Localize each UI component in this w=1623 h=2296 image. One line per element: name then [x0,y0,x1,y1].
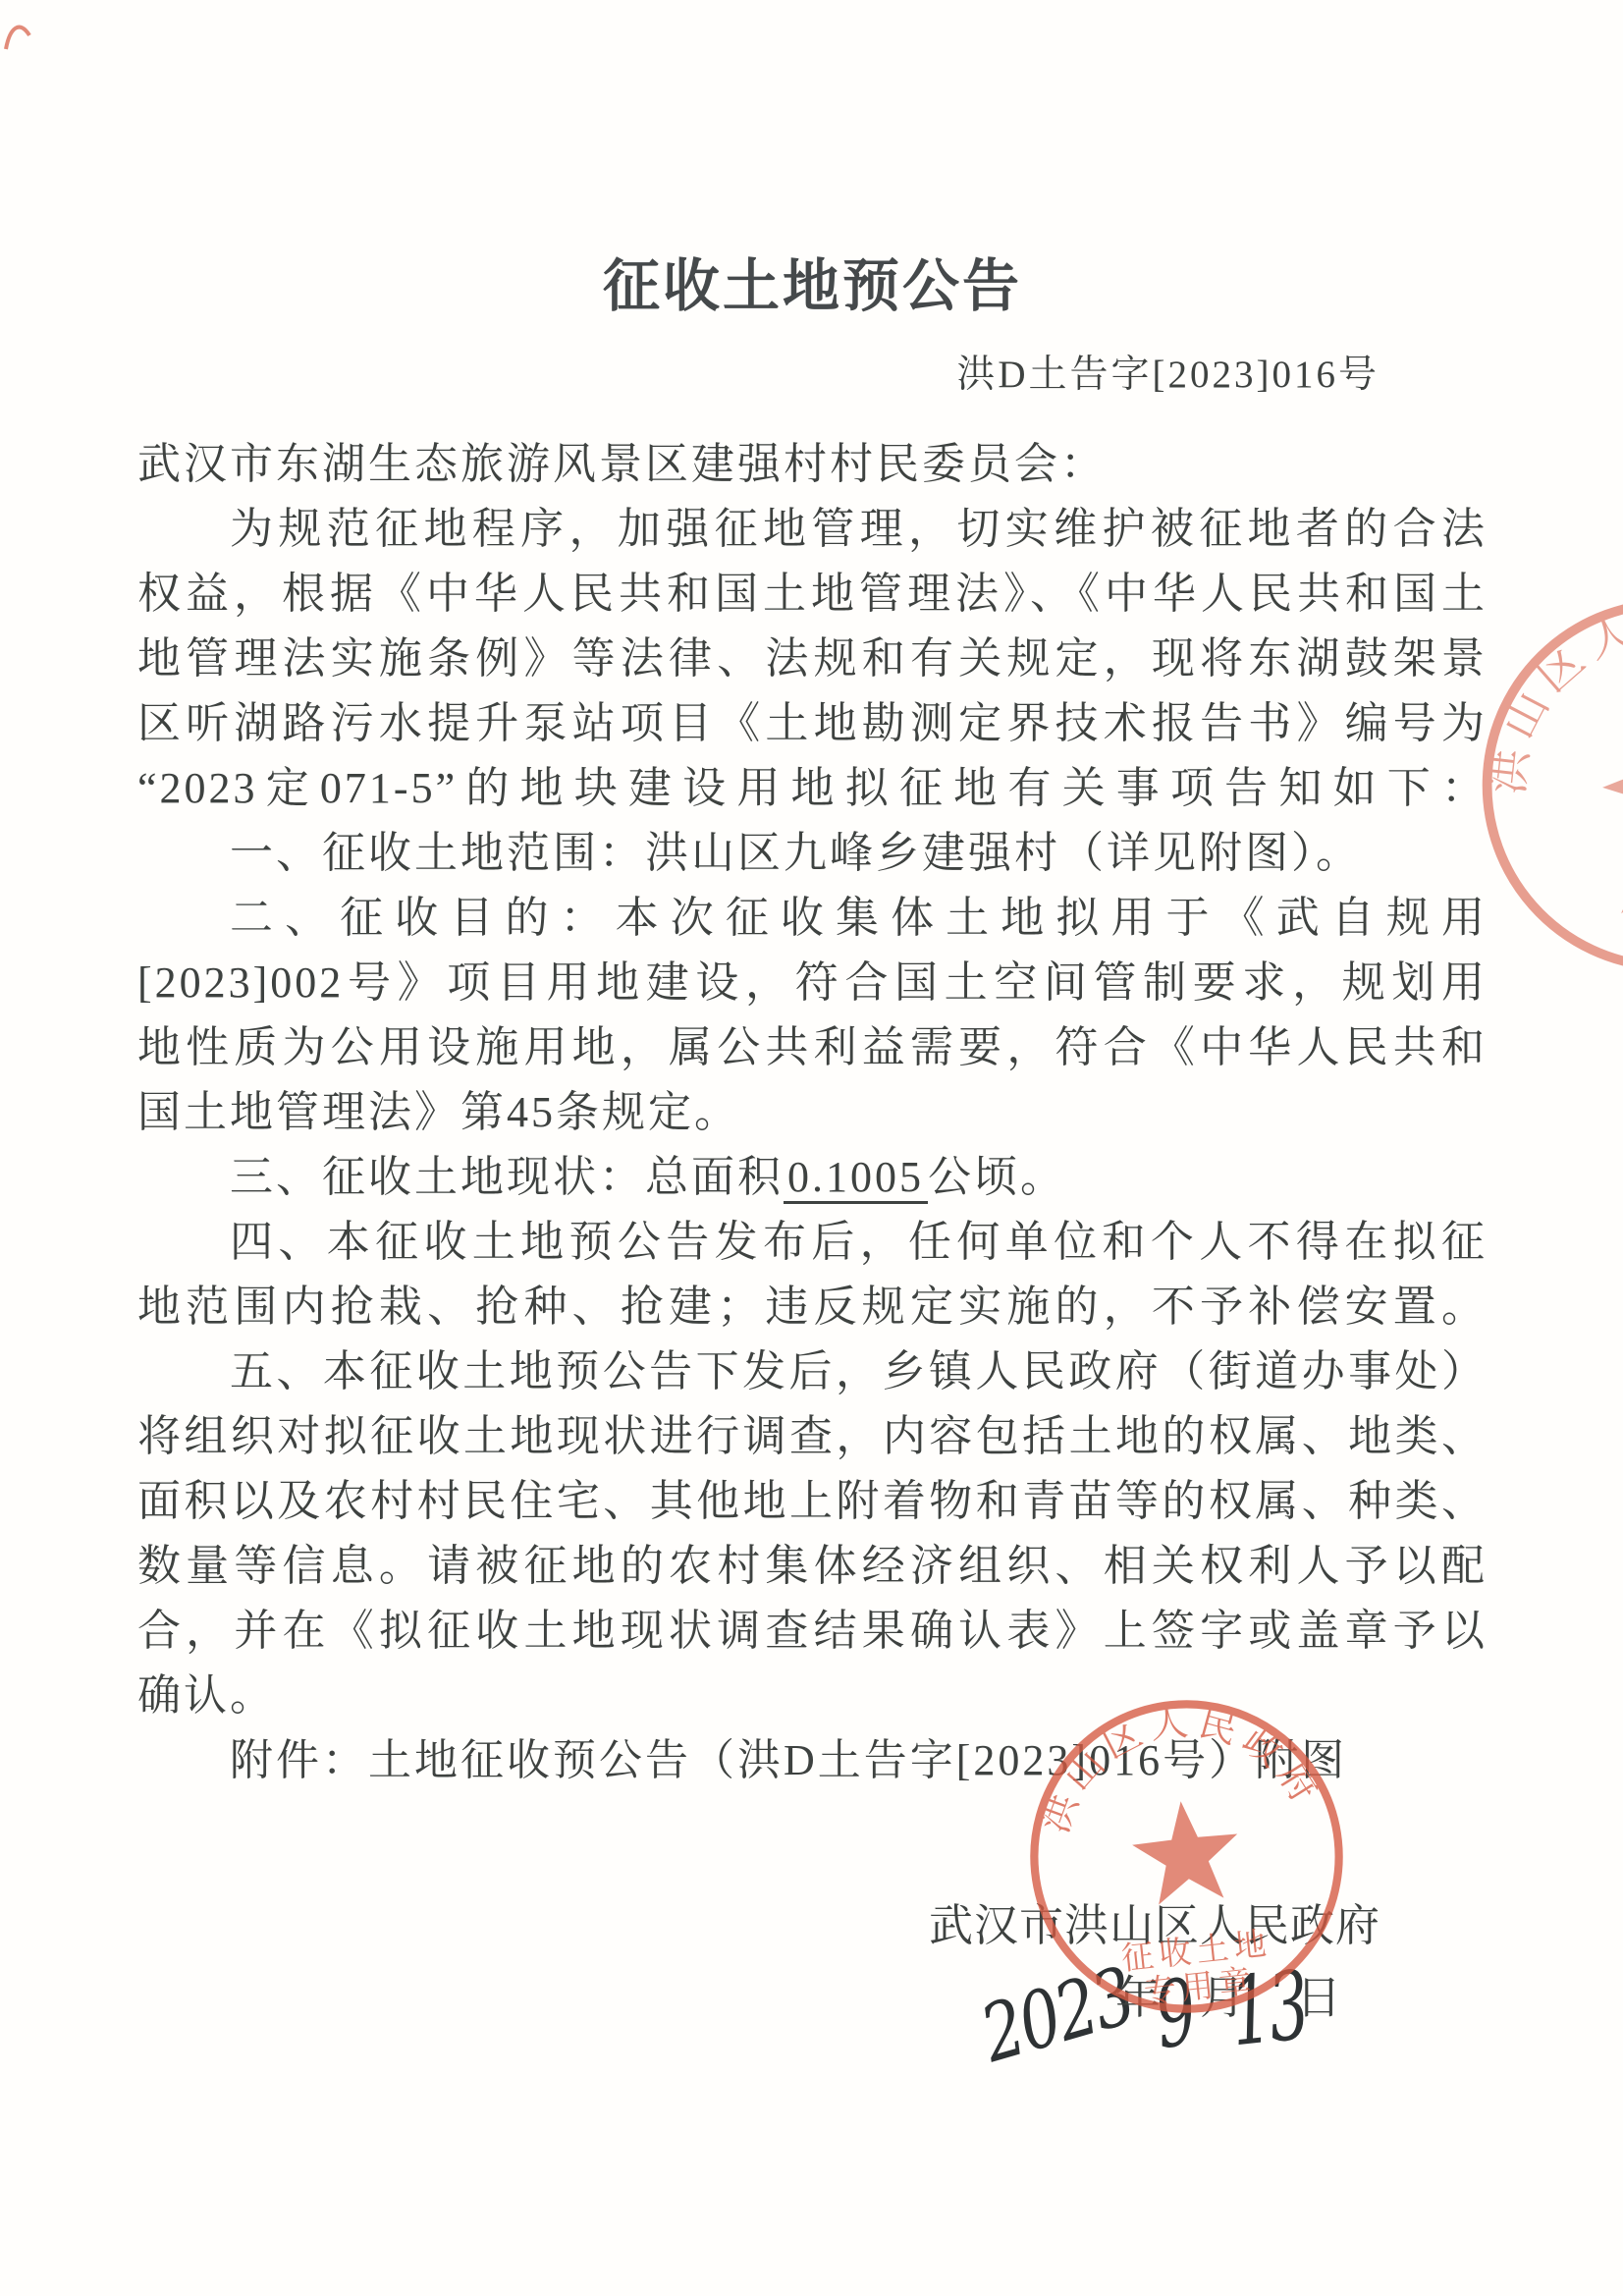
body-line: 权益，根据《中华人民共和国土地管理法》、《中华人民共和国土 [137,562,1488,627]
body-line: 区听湖路污水提升泵站项目《土地勘测定界技术报告书》编号为 [137,691,1488,756]
document-body: 武汉市东湖生态旅游风景区建强村村民委员会：为规范征地程序，加强征地管理，切实维护… [137,432,1488,1793]
body-line: 三、征收土地现状：总面积0.1005公顷。 [137,1145,1488,1210]
body-line: 武汉市东湖生态旅游风景区建强村村民委员会： [137,432,1488,497]
text-segment: 五、本征收土地预公告下发后，乡镇人民政府（街道办事处） [230,1347,1488,1395]
issuer-signature: 武汉市洪山区人民政府 [929,1889,1380,1953]
text-segment: 合，并在《拟征收土地现状调查结果确认表》上签字或盖章予以 [137,1607,1488,1655]
text-segment: 权益，根据《中华人民共和国土地管理法》、《中华人民共和国土 [137,570,1488,618]
text-segment: [2023]002号》项目用地建设，符合国土空间管制要求，规划用 [137,958,1488,1007]
body-line: 五、本征收土地预公告下发后，乡镇人民政府（街道办事处） [137,1339,1488,1404]
text-segment: 0.1005 [784,1153,928,1204]
text-segment: 公顷。 [928,1153,1066,1201]
text-segment: 地管理法实施条例》等法律、法规和有关规定，现将东湖鼓架景 [137,634,1488,683]
document-title: 征收土地预公告 [137,240,1488,322]
text-segment: 四、本征收土地预公告发布后，任何单位和个人不得在拟征 [230,1218,1488,1266]
body-line: 数量等信息。请被征地的农村集体经济组织、相关权利人予以配 [137,1534,1488,1599]
body-line: [2023]002号》项目用地建设，符合国土空间管制要求，规划用 [137,951,1488,1015]
text-segment: 武汉市东湖生态旅游风景区建强村村民委员会： [137,440,1107,488]
text-segment: 数量等信息。请被征地的农村集体经济组织、相关权利人予以配 [137,1542,1488,1590]
body-line: 为规范征地程序，加强征地管理，切实维护被征地者的合法 [137,497,1488,562]
body-line: 将组织对拟征收土地现状进行调查，内容包括土地的权属、地类、 [137,1404,1488,1469]
text-segment: 将组织对拟征收土地现状进行调查，内容包括土地的权属、地类、 [137,1412,1488,1460]
body-line: “2023定071-5”的地块建设用地拟征地有关事项告知如下： [137,756,1488,821]
seal-star-icon [1587,701,1623,857]
body-line: 地性质为公用设施用地，属公共利益需要，符合《中华人民共和 [137,1015,1488,1080]
text-segment: “2023定071-5”的地块建设用地拟征地有关事项告知如下： [137,764,1488,812]
text-segment: 地范围内抢栽、抢种、抢建；违反规定实施的，不予补偿安置。 [137,1283,1488,1331]
date-day-label: 日 [1296,1962,1341,2027]
body-line: 附件：土地征收预公告（洪D土告字[2023]016号）附图 [137,1728,1488,1793]
text-segment: 为规范征地程序，加强征地管理，切实维护被征地者的合法 [230,505,1488,553]
body-line: 地管理法实施条例》等法律、法规和有关规定，现将东湖鼓架景 [137,627,1488,691]
text-segment: 二、征收目的：本次征收集体土地拟用于《武自规用 [230,894,1488,942]
text-segment: 三、征收土地现状：总面积 [230,1153,784,1201]
body-line: 地范围内抢栽、抢种、抢建；违反规定实施的，不予补偿安置。 [137,1275,1488,1339]
text-segment: 面积以及农村村民住宅、其他地上附着物和青苗等的权属、种类、 [137,1477,1488,1525]
text-segment: 地性质为公用设施用地，属公共利益需要，符合《中华人民共和 [137,1023,1488,1071]
body-line: 合，并在《拟征收土地现状调查结果确认表》上签字或盖章予以 [137,1599,1488,1664]
text-segment: 区听湖路污水提升泵站项目《土地勘测定界技术报告书》编号为 [137,699,1488,747]
text-segment: 国土地管理法》第45条规定。 [137,1088,740,1136]
body-line: 确认。 [137,1664,1488,1728]
body-line: 面积以及农村村民住宅、其他地上附着物和青苗等的权属、种类、 [137,1469,1488,1534]
text-segment: 附件：土地征收预公告（洪D土告字[2023]016号）附图 [230,1736,1347,1784]
seal-purpose-line1: 征收土地 [1616,842,1623,943]
body-line: 一、征收土地范围：洪山区九峰乡建强村（详见附图）。 [137,821,1488,886]
document-page: 征收土地预公告 洪D土告字[2023]016号 武汉市东湖生态旅游风景区建强村村… [0,0,1623,2296]
body-line: 国土地管理法》第45条规定。 [137,1080,1488,1145]
body-line: 四、本征收土地预公告发布后，任何单位和个人不得在拟征 [137,1210,1488,1275]
body-line: 二、征收目的：本次征收集体土地拟用于《武自规用 [137,886,1488,951]
corner-red-mark-icon [2,10,35,53]
text-segment: 一、征收土地范围：洪山区九峰乡建强村（详见附图）。 [230,829,1362,877]
document-number: 洪D土告字[2023]016号 [137,344,1380,399]
text-segment: 确认。 [137,1671,276,1720]
handwritten-month: 9 [1149,1961,1201,2071]
